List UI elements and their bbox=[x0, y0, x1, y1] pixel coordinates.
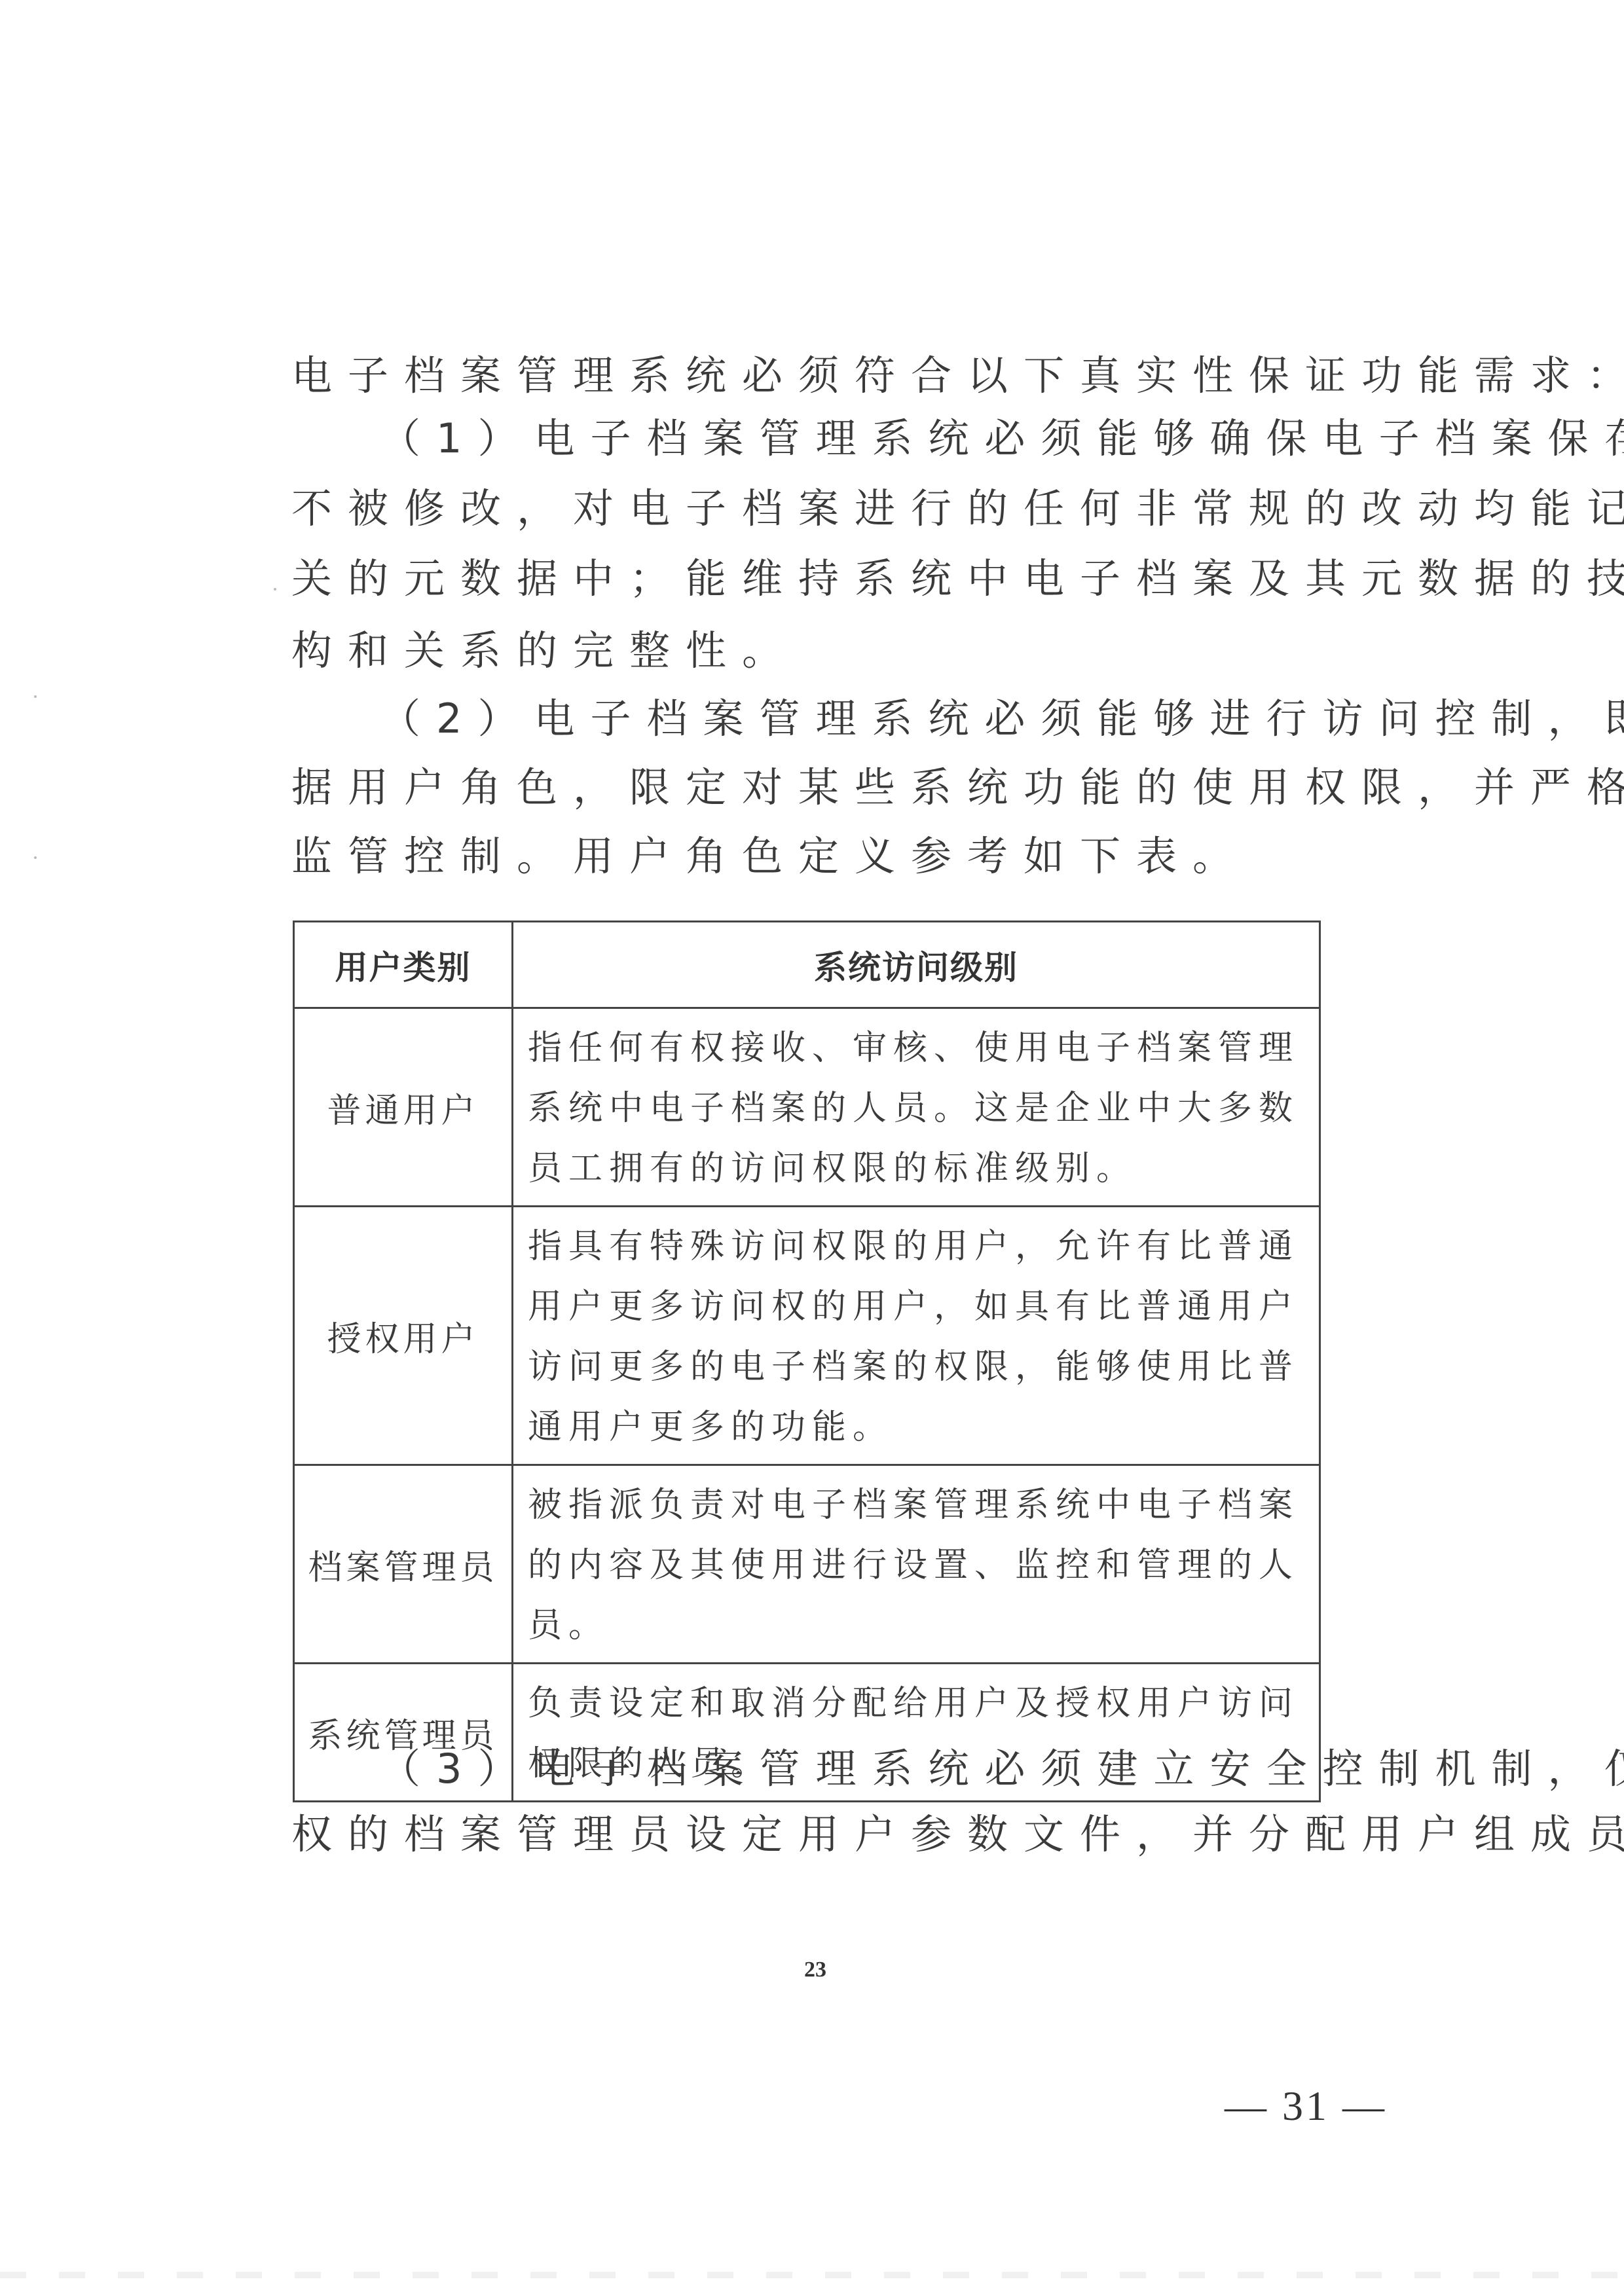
para1-line-1: （1）电子档案管理系统必须能够确保电子档案保存完整且 bbox=[380, 406, 1333, 471]
para2-line-2: 据用户角色，限定对某些系统功能的使用权限，并严格系统地 bbox=[291, 755, 1333, 820]
scan-speck bbox=[34, 856, 37, 859]
para1-line-3: 关的元数据中；能维持系统中电子档案及其元数据的技术、结 bbox=[291, 546, 1333, 611]
table-row: 普通用户 指任何有权接收、审核、使用电子档案管理系统中电子档案的人员。这是企业中… bbox=[294, 1008, 1320, 1207]
row-description: 指任何有权接收、审核、使用电子档案管理系统中电子档案的人员。这是企业中大多数员工… bbox=[513, 1008, 1320, 1207]
row-category: 普通用户 bbox=[294, 1008, 513, 1207]
table-row: 授权用户 指具有特殊访问权限的用户，允许有比普通用户更多访问权的用户，如具有比普… bbox=[294, 1207, 1320, 1465]
para3-line-2: 权的档案管理员设定用户参数文件，并分配用户组成员；限定 bbox=[291, 1802, 1333, 1867]
scan-speck bbox=[274, 588, 276, 591]
table-header-row: 用户类别 系统访问级别 bbox=[294, 922, 1320, 1008]
row-description: 被指派负责对电子档案管理系统中电子档案的内容及其使用进行设置、监控和管理的人员。 bbox=[513, 1465, 1320, 1664]
para2-line-3: 监管控制。用户角色定义参考如下表。 bbox=[291, 824, 1333, 889]
header-access-level: 系统访问级别 bbox=[513, 922, 1320, 1008]
para1-line-4: 构和关系的完整性。 bbox=[291, 618, 1333, 683]
para1-line-2: 不被修改，对电子档案进行的任何非常规的改动均能记录在相 bbox=[291, 476, 1333, 541]
row-category: 授权用户 bbox=[294, 1207, 513, 1465]
table-row: 档案管理员 被指派负责对电子档案管理系统中电子档案的内容及其使用进行设置、监控和… bbox=[294, 1465, 1320, 1664]
para2-line-1: （2）电子档案管理系统必须能够进行访问控制，即能够根 bbox=[380, 686, 1333, 752]
user-role-table: 用户类别 系统访问级别 普通用户 指任何有权接收、审核、使用电子档案管理系统中电… bbox=[293, 920, 1321, 1802]
inner-page-number: 23 bbox=[804, 1958, 826, 1982]
outer-page-number: — 31 — bbox=[1225, 2082, 1387, 2130]
row-description: 指具有特殊访问权限的用户，允许有比普通用户更多访问权的用户，如具有比普通用户访问… bbox=[513, 1207, 1320, 1465]
scan-edge-artifact bbox=[0, 2272, 1624, 2278]
intro-line: 电子档案管理系统必须符合以下真实性保证功能需求： bbox=[291, 343, 1333, 409]
scan-speck bbox=[34, 695, 37, 698]
header-user-category: 用户类别 bbox=[294, 922, 513, 1008]
row-category: 档案管理员 bbox=[294, 1465, 513, 1664]
para3-line-1: （3）电子档案管理系统必须建立安全控制机制，仅允许授 bbox=[380, 1736, 1333, 1802]
